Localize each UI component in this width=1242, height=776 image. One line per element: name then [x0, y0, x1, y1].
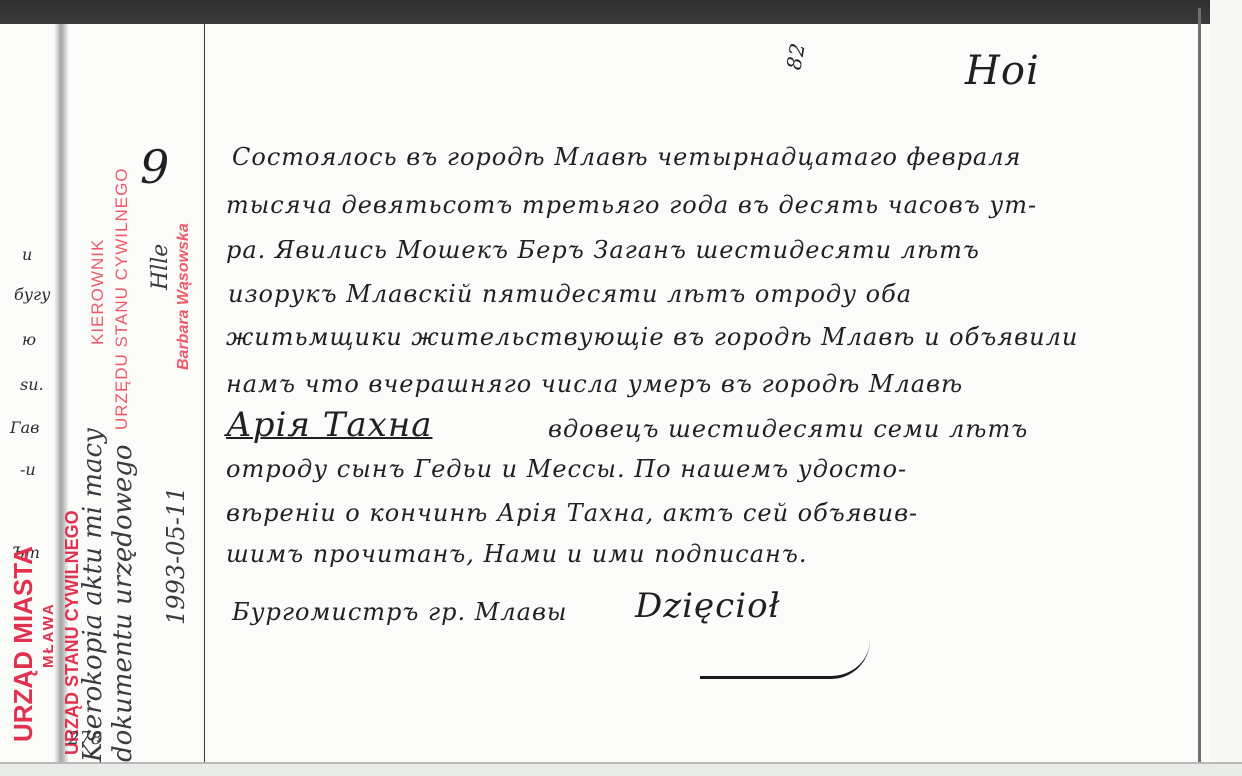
bottom-note: 278: [68, 728, 102, 749]
head-stamp-name: Barbara Wąsowska: [175, 223, 193, 370]
margin-note-6: -и: [20, 460, 36, 479]
margin-note-5: Гав: [10, 418, 39, 437]
page-number: 82: [782, 40, 810, 71]
body-line-3: ра. Явились Мошекъ Беръ Заганъ шестидеся…: [226, 236, 980, 264]
page-right-border: [1198, 8, 1201, 763]
record-number: 9: [140, 140, 170, 194]
body-line-9: вѣреніи о кончинѣ Арія Тахна, актъ сей о…: [226, 499, 918, 527]
page-bottom-edge: [0, 762, 1242, 776]
signature-title: Бургомистръ гр. Млавы: [232, 598, 567, 626]
body-line-10: шимъ прочитанъ, Нами и ими подписанъ.: [226, 540, 807, 568]
signature-mark: Dzięcioł: [635, 586, 781, 626]
body-line-8: отроду сынъ Гедьи и Мессы. По нашемъ удо…: [226, 455, 907, 483]
margin-note-4: su.: [20, 375, 44, 394]
certification-initials: Hlle: [148, 244, 173, 290]
head-stamp-title: KIEROWNIK: [88, 239, 108, 345]
office-stamp-city: URZĄD MIASTA: [8, 546, 39, 742]
body-line-6: намъ что вчерашняго числа умеръ въ город…: [226, 370, 963, 398]
margin-note-2: бугу: [14, 285, 50, 304]
body-line-2: тысяча девятьсотъ третьяго года въ десят…: [226, 191, 1037, 219]
body-line-4: изорукъ Млавскій пятидесяти лѣтъ отроду …: [228, 280, 912, 308]
certification-line-2: dokumentu urzędowego: [108, 444, 138, 762]
margin-rule: [204, 24, 205, 764]
deceased-name: Арія Тахна: [226, 405, 433, 445]
margin-note-1: u: [22, 245, 32, 264]
body-line-5: житьмщики жительствующіе въ городѣ Млавѣ…: [226, 323, 1078, 351]
deceased-name-text: Арія Тахна: [226, 405, 433, 445]
office-stamp-town: MŁAWA: [40, 602, 57, 668]
certification-line-1: Kserokopia aktu mi macy: [78, 428, 108, 762]
signature-flourish: [700, 640, 870, 679]
head-stamp-office: URZĘDU STANU CYWILNEGO: [112, 167, 132, 430]
top-right-note: Hoi: [965, 48, 1040, 94]
body-line-7: вдовецъ шестидесяти семи лѣтъ: [548, 415, 1028, 443]
scan-top-band: [0, 0, 1210, 24]
scan-right-strip: [1210, 0, 1242, 776]
certification-date: 1993-05-11: [162, 487, 190, 625]
body-line-1: Состоялось въ городѣ Млавѣ четырнадцатаг…: [232, 143, 1021, 171]
margin-note-3: ю: [22, 330, 36, 349]
